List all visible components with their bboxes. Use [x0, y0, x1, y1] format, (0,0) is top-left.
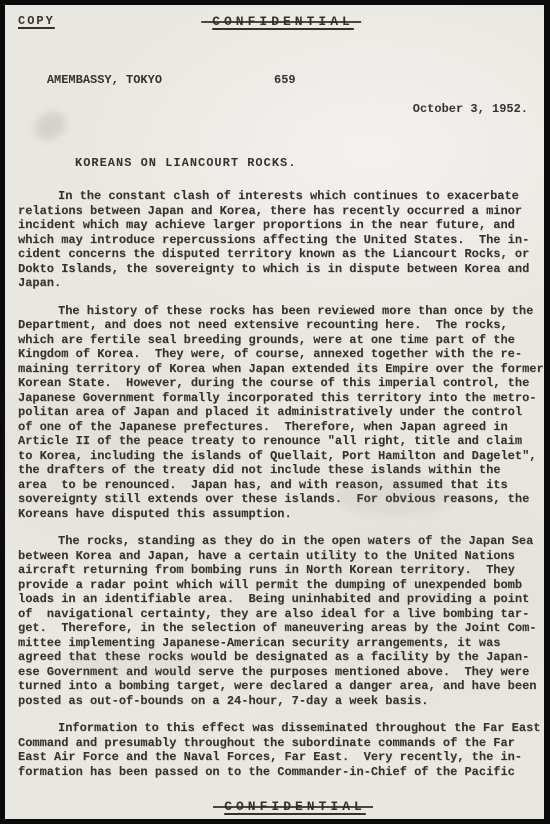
paragraph-2: The history of these rocks has been revi…: [18, 304, 540, 522]
copy-label: COPY: [18, 14, 55, 28]
paragraph-1: In the constant clash of interests which…: [18, 189, 540, 291]
date-row: October 3, 1952.: [18, 102, 540, 118]
sender-row: AMEMBASSY, TOKYO659: [18, 58, 540, 74]
document-page: COPY CONFIDENTIAL AMEMBASSY, TOKYO659 Oc…: [0, 0, 550, 824]
sender: AMEMBASSY, TOKYO: [47, 73, 162, 87]
paragraph-4: Information to this effect was dissemina…: [18, 721, 540, 779]
paragraph-3: The rocks, standing as they do in the op…: [18, 534, 540, 708]
classification-header: CONFIDENTIAL: [212, 14, 354, 29]
document-header: COPY CONFIDENTIAL: [18, 14, 540, 30]
document-title: KOREANS ON LIANCOURT ROCKS.: [75, 156, 540, 171]
document-date: October 3, 1952.: [413, 102, 528, 116]
footer-row: CONFIDENTIAL: [18, 799, 540, 815]
dispatch-number: 659: [274, 73, 296, 87]
classification-footer: CONFIDENTIAL: [224, 799, 366, 814]
